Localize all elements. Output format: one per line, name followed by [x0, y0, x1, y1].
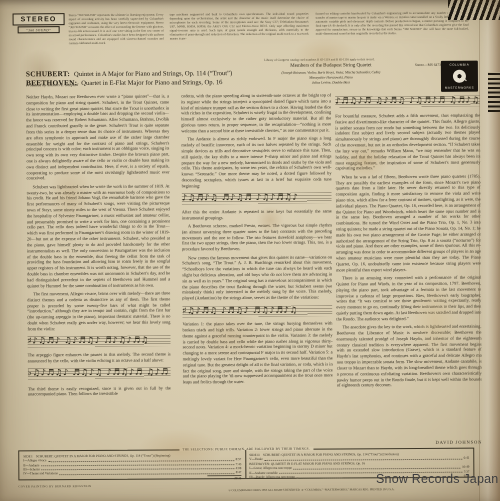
liner-notes-column-2: codetta, with the piano speeding along i…	[181, 93, 333, 440]
liner-notes-paragraph: codetta, with the piano speeding along i…	[181, 93, 331, 135]
side-1-listing: SIDE I SCHUBERT: QUINTET IN A MAJOR FOR …	[23, 453, 241, 482]
selections-header: THE SELECTIONS: PUBLIC DOMAIN, ARE FOLLO…	[179, 447, 313, 452]
liner-notes-paragraph: The anecdote gives the key to the work, …	[336, 324, 481, 389]
music-notation-cello-theme: ♭♫♪♬♫♪ ♬♫♪♫ ♪♬♫♪♬ ♫♪♬	[28, 365, 171, 383]
liner-notes-paragraph: After this the entire Andante is repeate…	[182, 208, 332, 221]
liner-notes-paragraph: The first movement, Allegro vivace, brim…	[27, 290, 170, 332]
producer-credit: Produced by Thomas Z. Shepard	[26, 82, 78, 87]
liner-notes-paragraph: Schubert was lighthearted when he wrote …	[27, 183, 171, 288]
cover-painting-credit: COVER PAINTING BY BERNARD KRIGSTEIN	[18, 484, 91, 488]
360-sound-logo: “360 SOUND”	[18, 26, 60, 34]
copyright-line: © COLUMBIA RECORDS 1965 ALL RIGHTS RESER…	[161, 487, 461, 493]
music-notation-finale-theme: ♪♬♫♪♬ ♫♪♬♫ ♪♫♬♪♬ ♫♬♪♫ ♪♬♫♪ ♬♫♪♬♫	[335, 93, 480, 111]
selections-divider	[245, 450, 246, 478]
fine-print-column-2: tape machines engineered and built to Co…	[170, 12, 309, 59]
track-time: 8:47	[236, 470, 242, 474]
printed-liner-area: STEREO “360 SOUND” Stereo “360 SOUND” re…	[0, 0, 500, 501]
360-sound-text: “360 SOUND”	[26, 28, 51, 32]
liner-notes-paragraph: For bountiful measure, Schubert adds a f…	[335, 113, 480, 172]
liner-notes-paragraph: Neither Haydn, Mozart nor Beethoven ever…	[26, 93, 170, 181]
track-title: IV—Theme and Variations	[23, 471, 57, 476]
liner-notes-paragraph: When he was a lad of fifteen, Beethoven …	[336, 173, 482, 273]
liner-notes-paragraph: Now comes the famous movement that gives…	[182, 254, 332, 301]
performers-block: Members of the Budapest String Quartet (…	[245, 63, 417, 86]
beethoven-title-line: BEETHOVEN: Quartet in E-Flat Major for P…	[26, 71, 223, 90]
fine-print-column-3: formed on editing consoles hand-tooled b…	[316, 11, 469, 58]
music-notation-coda-tune: ♪♫♬♪♫ ♬♪♫♬ ♪♫♪♬♫♪	[182, 191, 332, 207]
dotted-leader	[59, 473, 234, 475]
columbia-logo-text: COLUMBIA	[450, 63, 470, 67]
side-1-total-time: 29:35	[207, 475, 241, 480]
liner-notes-paragraph: The Andante is almost as richly endowed.…	[181, 136, 331, 189]
record-disc-icon	[453, 70, 466, 83]
masterworks-logo-text: MASTERWORKS	[445, 86, 474, 90]
seller-watermark: Snow Records Japan	[376, 472, 498, 486]
liner-notes-paragraph: Variation 1: the piano takes over the tu…	[182, 321, 332, 386]
liner-notes-column-3: ♪♬♫♪♬ ♫♪♬♫ ♪♫♬♪♬ ♫♬♪♫ ♪♬♫♪ ♬♫♪♬♫ For bou…	[335, 92, 482, 439]
liner-notes-paragraph: The third theme is easily recognized, si…	[28, 385, 171, 397]
music-notation-trout-theme: ♯♫♪♬♫ ♪♬♫♪ ♬♫♪♬♪♫	[182, 303, 332, 319]
album-back-cover-photo: STEREO “360 SOUND” Stereo “360 SOUND” re…	[0, 0, 500, 501]
bassist-credit: Julius Levine, Double Bass	[245, 80, 417, 86]
catalog-number: Stereo—MS 6473	[415, 63, 441, 67]
liner-notes-paragraph: There is an amusing story connected with…	[336, 275, 481, 322]
track-title: III—Rondo: Allegro ma non troppo	[249, 475, 295, 480]
liner-notes-paragraph: A Beethoven scherzo, marked Presto, ensu…	[182, 222, 332, 252]
liner-notes-paragraph: The arpeggio figure enhances the pauses …	[28, 351, 171, 363]
work-beethoven: Quartet in E-Flat Major for Piano and St…	[81, 79, 222, 87]
ensemble-name: Members of the Budapest String Quartet	[245, 63, 417, 69]
columbia-masterworks-logo: COLUMBIA MASTERWORKS	[441, 61, 478, 92]
liner-notes-column-1: Neither Haydn, Mozart nor Beethoven ever…	[26, 93, 171, 440]
music-notation-violin-theme: ♯♪♫♬♪ ♫♪♬♫♪ ♬♪♫♪♬♫	[28, 334, 171, 350]
stereo-360-logo: STEREO	[13, 13, 65, 25]
author-byline: DAVID JOHNSON	[337, 440, 482, 446]
fine-print-column-1: Stereo “360 SOUND” represents the ultima…	[69, 13, 164, 60]
stereo-logo-text: STEREO	[21, 16, 57, 23]
track-time: 6:42	[464, 456, 470, 460]
